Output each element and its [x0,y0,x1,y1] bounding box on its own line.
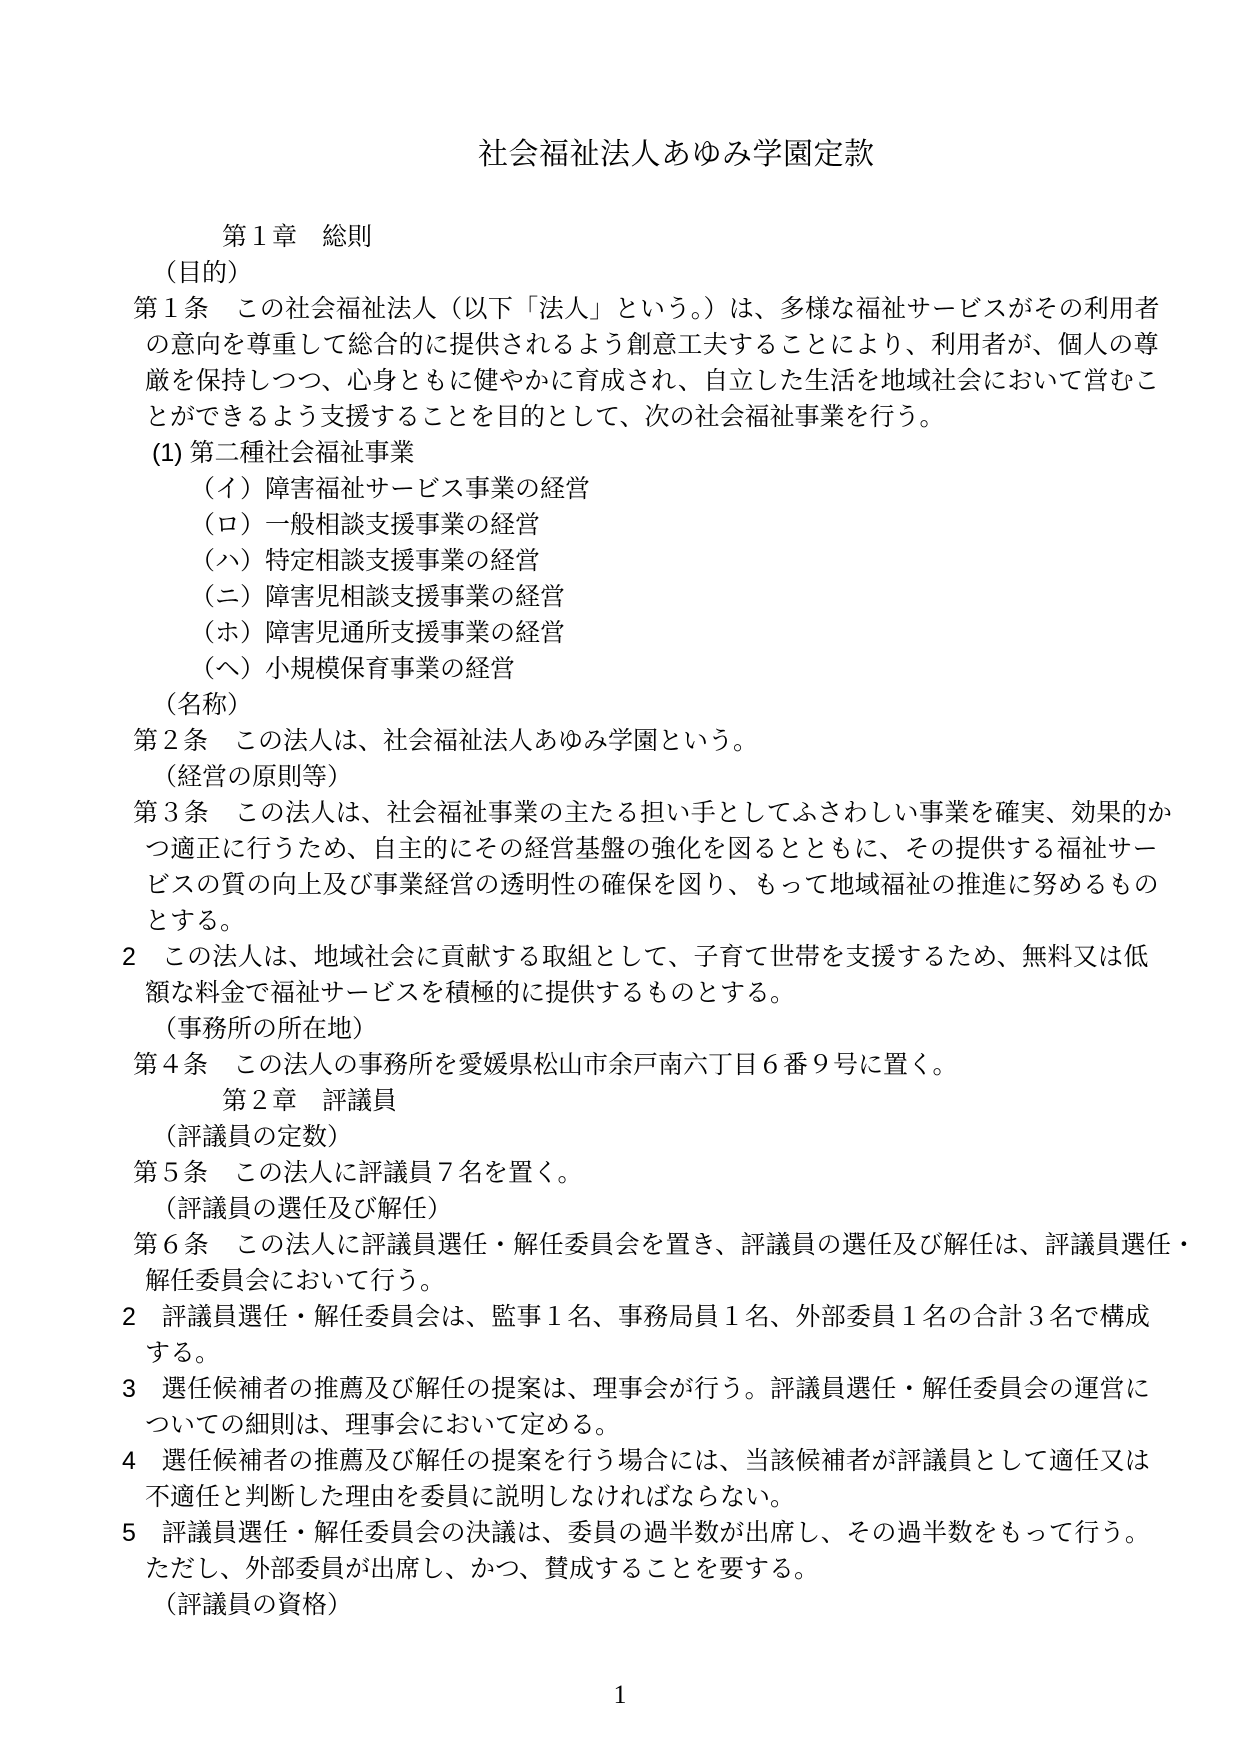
line-cont: 厳を保持しつつ、心身ともに健やかに育成され、自立した生活を地域社会において営むこ [145,363,1240,399]
line-cont: ただし、外部委員が出席し、かつ、賛成することを要する。 [145,1551,1240,1587]
line-chapter: 第２章 評議員 [222,1083,1240,1119]
line-section: （経営の原則等） [152,759,1240,795]
line-para: 4 選任候補者の推薦及び解任の提案を行う場合には、当該候補者が評議員として適任又… [122,1443,1240,1479]
line-list2: （ヘ）小規模保育事業の経営 [190,651,1240,687]
line-list2: （イ）障害福祉サービス事業の経営 [190,471,1240,507]
line-list2: （ニ）障害児相談支援事業の経営 [190,579,1240,615]
line-cont: とする。 [145,903,1240,939]
line-article: 第３条 この法人は、社会福祉事業の主たる担い手としてふさわしい事業を確実、効果的… [133,795,1240,831]
document-body: 第１章 総則（目的）第１条 この社会福祉法人（以下「法人」という。）は、多様な福… [0,219,1240,1623]
line-list2: （ハ）特定相談支援事業の経営 [190,543,1240,579]
line-chapter: 第１章 総則 [222,219,1240,255]
line-cont: とができるよう支援することを目的として、次の社会福祉事業を行う。 [145,399,1240,435]
document-page: 社会福祉法人あゆみ学園定款 第１章 総則（目的）第１条 この社会福祉法人（以下「… [0,0,1240,1754]
line-section: （名称） [152,687,1240,723]
line-para: 5 評議員選任・解任委員会の決議は、委員の過半数が出席し、その過半数をもって行う… [122,1515,1240,1551]
line-article: 第１条 この社会福祉法人（以下「法人」という。）は、多様な福祉サービスがその利用… [133,291,1240,327]
line-article: 第２条 この法人は、社会福祉法人あゆみ学園という。 [133,723,1240,759]
line-cont: の意向を尊重して総合的に提供されるよう創意工夫することにより、利用者が、個人の尊 [145,327,1240,363]
line-section: （評議員の定数） [152,1119,1240,1155]
line-article: 第６条 この法人に評議員選任・解任委員会を置き、評議員の選任及び解任は、評議員選… [133,1227,1240,1263]
document-title: 社会福祉法人あゆみ学園定款 [478,137,1240,173]
line-para: 3 選任候補者の推薦及び解任の提案は、理事会が行う。評議員選任・解任委員会の運営… [122,1371,1240,1407]
line-cont: 額な料金で福祉サービスを積極的に提供するものとする。 [145,975,1240,1011]
line-section: （評議員の資格） [152,1587,1240,1623]
line-cont: つ適正に行うため、自主的にその経営基盤の強化を図るとともに、その提供する福祉サー [145,831,1240,867]
line-para: 2 この法人は、地域社会に貢献する取組として、子育て世帯を支援するため、無料又は… [122,939,1240,975]
line-list2: （ホ）障害児通所支援事業の経営 [190,615,1240,651]
line-para: 2 評議員選任・解任委員会は、監事１名、事務局員１名、外部委員１名の合計３名で構… [122,1299,1240,1335]
line-article: 第５条 この法人に評議員７名を置く。 [133,1155,1240,1191]
line-list2: （ロ）一般相談支援事業の経営 [190,507,1240,543]
line-article: 第４条 この法人の事務所を愛媛県松山市余戸南六丁目６番９号に置く。 [133,1047,1240,1083]
line-section: （評議員の選任及び解任） [152,1191,1240,1227]
line-cont: ビスの質の向上及び事業経営の透明性の確保を図り、もって地域福祉の推進に努めるもの [145,867,1240,903]
line-cont: 解任委員会において行う。 [145,1263,1240,1299]
line-list1: (1) 第二種社会福祉事業 [152,435,1240,471]
line-cont: する。 [145,1335,1240,1371]
page-number: 1 [0,1677,1240,1713]
line-section: （事務所の所在地） [152,1011,1240,1047]
line-section: （目的） [152,255,1240,291]
line-cont: ついての細則は、理事会において定める。 [145,1407,1240,1443]
line-cont: 不適任と判断した理由を委員に説明しなければならない。 [145,1479,1240,1515]
